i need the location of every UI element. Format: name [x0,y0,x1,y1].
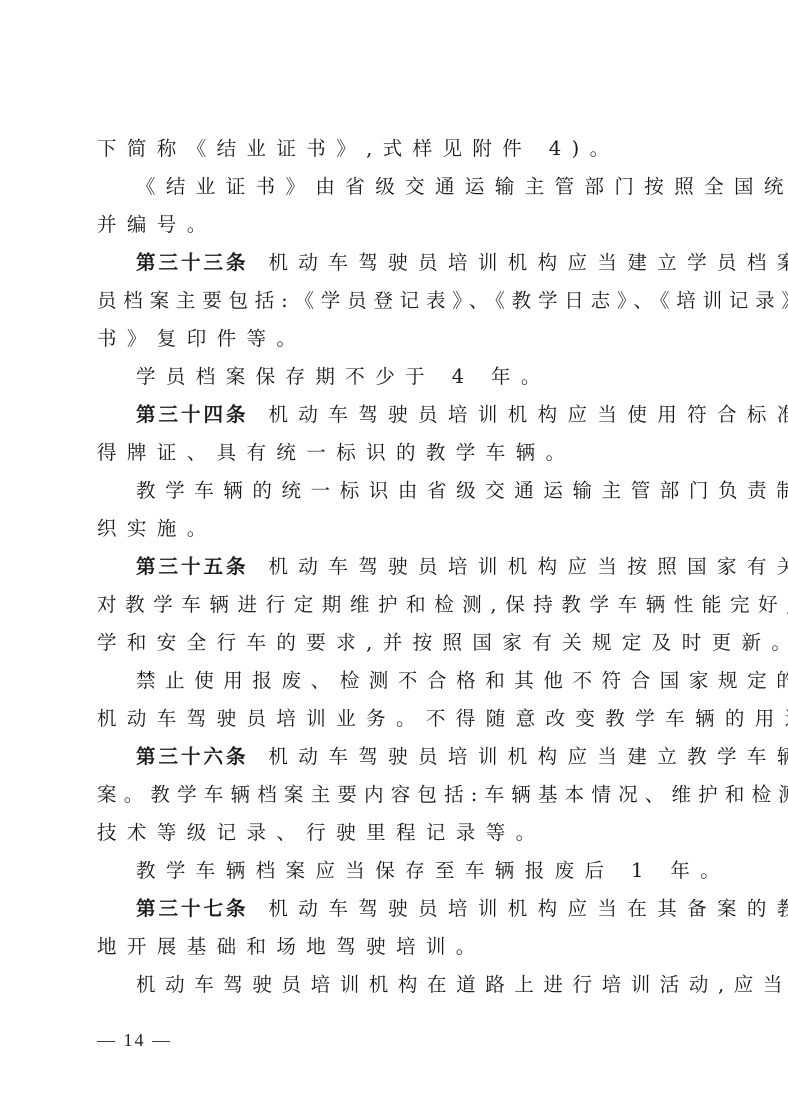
line-text: 案。教学车辆档案主要内容包括:车辆基本情况、维护和检测情况、 [97,783,788,806]
article-number: 第三十五条 [136,555,249,578]
article-33-heading-line: 第三十三条机动车驾驶员培训机构应当建立学员档案。学 [136,244,788,282]
text-line: 并编号。 [97,206,217,244]
text-line: 织实施。 [97,510,217,548]
line-text: 学员档案保存期不少于 4 年。 [136,365,551,388]
line-text: 并编号。 [97,213,217,236]
line-text: 《结业证书》由省级交通运输主管部门按照全国统一式样监制 [136,175,788,198]
line-text: 机动车驾驶员培训机构在道路上进行培训活动,应当遵守公安 [136,973,788,996]
line-text: 对教学车辆进行定期维护和检测,保持教学车辆性能完好,满足教 [97,593,788,616]
line-text: 机动车驾驶员培训机构应当建立教学车辆档 [269,745,788,768]
text-line: 机动车驾驶员培训机构在道路上进行培训活动,应当遵守公安 [136,966,788,1004]
text-line: 学和安全行车的要求,并按照国家有关规定及时更新。 [97,624,788,662]
text-line: 对教学车辆进行定期维护和检测,保持教学车辆性能完好,满足教 [97,586,788,624]
article-36-heading-line: 第三十六条机动车驾驶员培训机构应当建立教学车辆档 [136,738,788,776]
line-text: 教学车辆档案应当保存至车辆报废后 1 年。 [136,859,730,882]
article-37-heading-line: 第三十七条机动车驾驶员培训机构应当在其备案的教练场 [136,890,788,928]
line-text: 书》复印件等。 [97,327,306,350]
line-text: 机动车驾驶员培训机构应当使用符合标准并取 [269,403,788,426]
article-35-heading-line: 第三十五条机动车驾驶员培训机构应当按照国家有关规定 [136,548,788,586]
text-line: 下简称《结业证书》,式样见附件 4)。 [97,130,620,168]
text-line: 机动车驾驶员培训业务。不得随意改变教学车辆的用途。 [97,700,788,738]
article-number: 第三十四条 [136,403,249,426]
text-line: 书》复印件等。 [97,320,306,358]
line-text: 技术等级记录、行驶里程记录等。 [97,821,546,844]
article-number: 第三十七条 [136,897,249,920]
text-line: 得牌证、具有统一标识的教学车辆。 [97,434,575,472]
text-line: 地开展基础和场地驾驶培训。 [97,928,486,966]
text-line: 员档案主要包括:《学员登记表》、《教学日志》、《培训记录》、《结业证 [97,282,788,320]
line-text: 禁止使用报废、检测不合格和其他不符合国家规定的车辆从事 [136,669,788,692]
line-text: 机动车驾驶员培训机构应当在其备案的教练场 [269,897,788,920]
text-line: 教学车辆档案应当保存至车辆报废后 1 年。 [136,852,730,890]
line-text: 机动车驾驶员培训机构应当按照国家有关规定 [269,555,788,578]
article-number: 第三十三条 [136,251,249,274]
line-text: 得牌证、具有统一标识的教学车辆。 [97,441,575,464]
line-text: 下简称《结业证书》,式样见附件 4)。 [97,137,620,160]
line-text: 地开展基础和场地驾驶培训。 [97,935,486,958]
text-line: 学员档案保存期不少于 4 年。 [136,358,551,396]
text-line: 教学车辆的统一标识由省级交通运输主管部门负责制定,并组 [136,472,788,510]
line-text: 织实施。 [97,517,217,540]
article-34-heading-line: 第三十四条机动车驾驶员培训机构应当使用符合标准并取 [136,396,788,434]
line-text: 机动车驾驶员培训业务。不得随意改变教学车辆的用途。 [97,707,788,730]
line-text: 学和安全行车的要求,并按照国家有关规定及时更新。 [97,631,788,654]
text-line: 《结业证书》由省级交通运输主管部门按照全国统一式样监制 [136,168,788,206]
text-line: 禁止使用报废、检测不合格和其他不符合国家规定的车辆从事 [136,662,788,700]
line-text: 教学车辆的统一标识由省级交通运输主管部门负责制定,并组 [136,479,788,502]
text-line: 技术等级记录、行驶里程记录等。 [97,814,546,852]
article-number: 第三十六条 [136,745,249,768]
text-line: 案。教学车辆档案主要内容包括:车辆基本情况、维护和检测情况、 [97,776,788,814]
line-text: 员档案主要包括:《学员登记表》、《教学日志》、《培训记录》、《结业证 [97,289,788,312]
page-number: — 14 — [97,1030,172,1051]
line-text: 机动车驾驶员培训机构应当建立学员档案。学 [269,251,788,274]
